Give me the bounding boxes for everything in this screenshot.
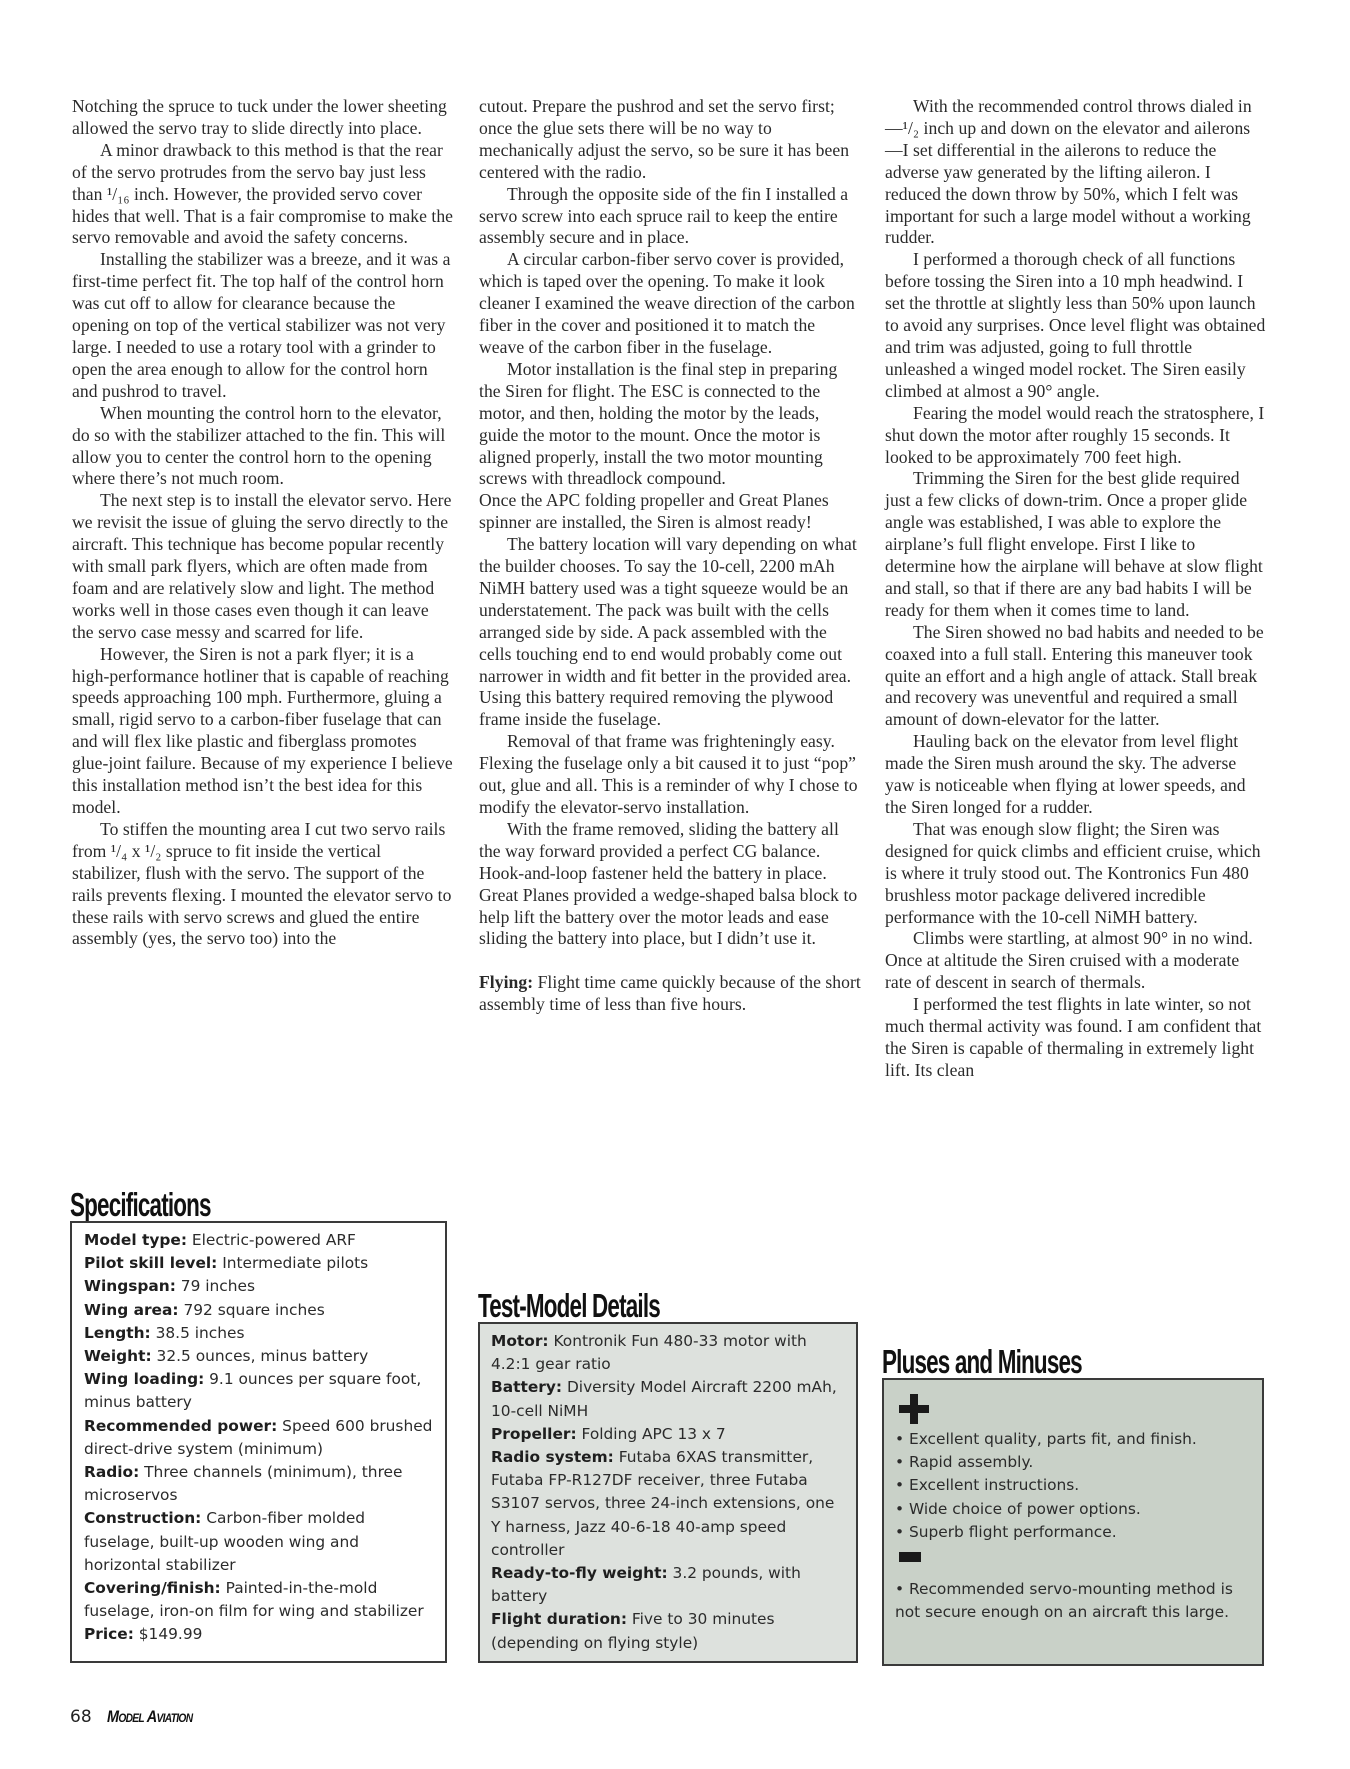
paragraph: cutout. Prepare the pushrod and set the …: [479, 96, 861, 184]
spec-row: Length: 38.5 inches: [84, 1322, 435, 1345]
flying-text: Flight time came quickly because of the …: [479, 972, 861, 1014]
detail-row: Battery: Diversity Model Aircraft 2200 m…: [491, 1376, 846, 1422]
page-footer: 68 Model Aviation: [70, 1707, 208, 1727]
flying-heading: Flying:: [479, 972, 533, 992]
paragraph: The Siren showed no bad habits and neede…: [885, 622, 1267, 732]
article-column-3: With the recommended control throws dial…: [885, 96, 1267, 1082]
plus-item: • Excellent instructions.: [895, 1474, 1252, 1497]
paragraph: However, the Siren is not a park flyer; …: [72, 644, 454, 819]
paragraph: A circular carbon-fiber servo cover is p…: [479, 249, 861, 359]
spec-row: Price: $149.99: [84, 1623, 435, 1646]
article-column-2: cutout. Prepare the pushrod and set the …: [479, 96, 861, 1016]
paragraph: Trimming the Siren for the best glide re…: [885, 468, 1267, 621]
specifications-title: Specifications: [70, 1188, 211, 1221]
pluses-minuses-box: • Excellent quality, parts fit, and fini…: [882, 1378, 1264, 1666]
paragraph: Notching the spruce to tuck under the lo…: [72, 96, 454, 140]
paragraph: I performed the test flights in late win…: [885, 994, 1267, 1082]
paragraph: That was enough slow flight; the Siren w…: [885, 819, 1267, 929]
spec-row: Recommended power: Speed 600 brushed dir…: [84, 1415, 435, 1461]
plus-item: • Excellent quality, parts fit, and fini…: [895, 1428, 1252, 1451]
paragraph: A minor drawback to this method is that …: [72, 140, 454, 250]
paragraph: Once the APC folding propeller and Great…: [479, 490, 861, 534]
spec-row: Covering/finish: Painted-in-the-mold fus…: [84, 1577, 435, 1623]
paragraph: With the recommended control throws dial…: [885, 96, 1267, 249]
paragraph: Motor installation is the final step in …: [479, 359, 861, 490]
detail-row: Propeller: Folding APC 13 x 7: [491, 1423, 846, 1446]
detail-row: Ready-to-fly weight: 3.2 pounds, with ba…: [491, 1562, 846, 1608]
paragraph: To stiffen the mounting area I cut two s…: [72, 819, 454, 950]
detail-row: Radio system: Futaba 6XAS transmitter, F…: [491, 1446, 846, 1562]
spec-row: Radio: Three channels (minimum), three m…: [84, 1461, 435, 1507]
paragraph: Installing the stabilizer was a breeze, …: [72, 249, 454, 402]
test-model-details-title: Test-Model Details: [478, 1289, 660, 1322]
plus-icon: [895, 1392, 1252, 1428]
spec-row: Model type: Electric-powered ARF: [84, 1229, 435, 1252]
paragraph: With the frame removed, sliding the batt…: [479, 819, 861, 950]
spec-row: Wing area: 792 square inches: [84, 1299, 435, 1322]
minus-item: • Recommended servo-mounting method is n…: [895, 1578, 1252, 1624]
paragraph: Fearing the model would reach the strato…: [885, 403, 1267, 469]
paragraph: When mounting the control horn to the el…: [72, 403, 454, 491]
plus-item: • Superb flight performance.: [895, 1521, 1252, 1544]
spec-row: Construction: Carbon-fiber molded fusela…: [84, 1507, 435, 1577]
page-number: 68: [70, 1707, 92, 1727]
spec-row: Wing loading: 9.1 ounces per square foot…: [84, 1368, 435, 1414]
spec-row: Wingspan: 79 inches: [84, 1275, 435, 1298]
spec-row: Weight: 32.5 ounces, minus battery: [84, 1345, 435, 1368]
flying-paragraph: Flying: Flight time came quickly because…: [479, 972, 861, 1016]
paragraph: I performed a thorough check of all func…: [885, 249, 1267, 402]
detail-row: Flight duration: Five to 30 minutes (dep…: [491, 1608, 846, 1654]
paragraph: Removal of that frame was frighteningly …: [479, 731, 861, 819]
plus-item: • Wide choice of power options.: [895, 1498, 1252, 1521]
article-column-1: Notching the spruce to tuck under the lo…: [72, 96, 454, 950]
paragraph: Climbs were startling, at almost 90° in …: [885, 928, 1267, 994]
paragraph: The battery location will vary depending…: [479, 534, 861, 731]
detail-row: Motor: Kontronik Fun 480-33 motor with 4…: [491, 1330, 846, 1376]
paragraph: Through the opposite side of the fin I i…: [479, 184, 861, 250]
specifications-box: Model type: Electric-powered ARF Pilot s…: [70, 1221, 447, 1663]
spec-row: Pilot skill level: Intermediate pilots: [84, 1252, 435, 1275]
minus-icon: [895, 1546, 1252, 1566]
paragraph: The next step is to install the elevator…: [72, 490, 454, 643]
magazine-name: Model Aviation: [107, 1707, 192, 1727]
plus-item: • Rapid assembly.: [895, 1451, 1252, 1474]
test-model-details-box: Motor: Kontronik Fun 480-33 motor with 4…: [478, 1322, 858, 1663]
pluses-minuses-title: Pluses and Minuses: [882, 1345, 1082, 1378]
paragraph: Hauling back on the elevator from level …: [885, 731, 1267, 819]
